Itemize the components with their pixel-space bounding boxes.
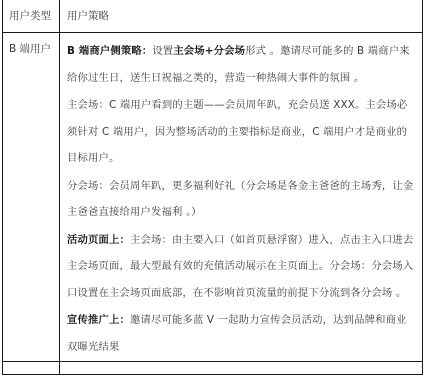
para-text: 分会场：会员周年趴，更多福利好礼（分会场是各金主爸爸的主场秀，让金主爸爸直接给用… [67,180,413,219]
user-type-cell: B 端用户 [3,33,59,56]
strategy-paragraph-main-venue: 主会场：C 端用户看到的主题——会员周年趴，充会员送 XXX。主会场必须针对 C… [67,92,416,172]
strategy-cell: B 端商户侧策略：设置主会场+分会场形式 。邀请尽可能多的 B 端商户来给你过生… [60,33,422,360]
strategy-paragraph-sub-venue: 分会场：会员周年趴，更多福利好礼（分会场是各金主爸爸的主场秀，让金主爸爸直接给用… [67,173,416,226]
table-row: B 端用户 B 端商户侧策略：设置主会场+分会场形式 。邀请尽可能多的 B 端商… [3,33,423,362]
para-text: 设置 [152,45,173,57]
para-bold-lead: B 端商户侧策略： [67,45,152,57]
para-bold-inline: 主会场+分会场 [173,45,245,57]
para-bold-lead: 活动页面上： [67,234,130,246]
header-user-type: 用户类型 [3,8,59,23]
user-strategy-table: 用户类型 用户策略 B 端用户 B 端商户侧策略：设置主会场+分会场形式 。邀请… [2,0,423,375]
strategy-paragraph-promotion: 宣传推广上：邀请尽可能多蓝 V 一起助力宣传会员活动，达到品牌和商业双曝光结果 [67,307,416,360]
strategy-paragraph-b-merchant: B 端商户侧策略：设置主会场+分会场形式 。邀请尽可能多的 B 端商户来给你过生… [67,38,416,91]
header-user-strategy: 用户策略 [60,8,422,23]
para-bold-lead: 宣传推广上： [67,314,130,326]
table-row-next [3,362,423,375]
table-header-row: 用户类型 用户策略 [3,0,423,33]
para-text: 主会场：C 端用户看到的主题——会员周年趴，充会员送 XXX。主会场必须针对 C… [67,99,408,164]
strategy-paragraph-activity-page: 活动页面上：主会场：由主要入口（如首页悬浮窗）进入，点击主入口进去主会场页面，最… [67,227,416,307]
